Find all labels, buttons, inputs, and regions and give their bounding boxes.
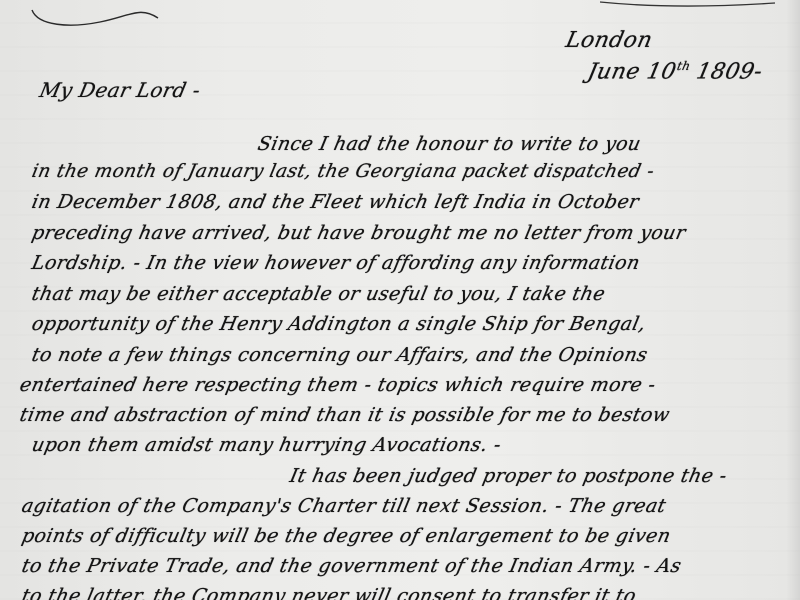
body-line: to the latter, the Company never will co… [20,587,638,600]
date-day: June 10 [585,59,678,84]
body-line: that may be either acceptable or useful … [30,285,607,304]
body-line: to note a few things concerning our Affa… [30,346,649,365]
body-line: Lordship. - In the view however of affor… [30,254,642,273]
body-line: to the Private Trade, and the government… [20,557,683,576]
letter-page: London June 10th 1809- My Dear Lord - Si… [0,0,800,600]
letter-salutation: My Dear Lord - [38,80,203,100]
page-edge-shadow [786,0,800,600]
body-line: points of difficulty will be the degree … [20,527,672,546]
date-year: 1809 [694,59,757,84]
body-line: in the month of January last, the Georgi… [30,163,656,182]
top-flourish-decoration [600,0,780,12]
body-line: It has been judged proper to postpone th… [288,467,729,486]
date-suffix: th [676,59,692,73]
body-line: upon them amidst many hurrying Avocation… [30,436,503,455]
letter-place: London [564,30,655,52]
body-line: Since I had the honour to write to you [256,135,643,154]
body-line: entertained here respecting them - topic… [18,376,657,395]
body-line: opportunity of the Henry Addington a sin… [30,315,648,334]
letter-date: June 10th 1809- [586,60,765,83]
body-line: agitation of the Company's Charter till … [20,497,668,516]
body-line: time and abstraction of mind than it is … [18,406,672,425]
body-line: preceding have arrived, but have brought… [30,224,687,243]
pen-flourish-decoration [30,4,210,34]
body-line: in December 1808, and the Fleet which le… [30,193,641,212]
